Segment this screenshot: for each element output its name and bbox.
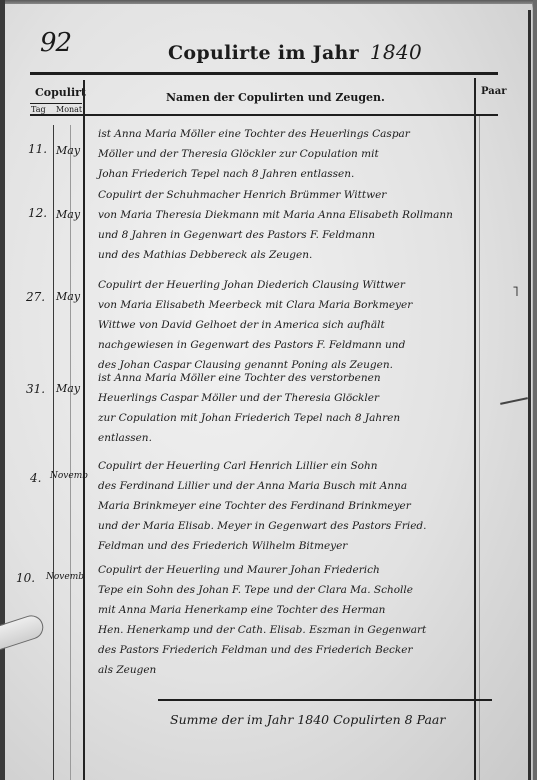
header-sub-rule [30,103,82,104]
header-top-rule [30,72,498,75]
title-text: Copulirte im Jahr [168,42,359,64]
entry-day: 11. [28,142,47,156]
entry-text: Copulirt der Heuerling Carl Henrich Lill… [98,456,468,556]
entry-day: 12. [28,206,47,220]
entry-text: Copulirt der Schuhmacher Henrich Brümmer… [98,185,468,265]
column-divider-tag-monat [53,125,54,780]
page-number: 92 [40,28,71,58]
summary-line: Summe der im Jahr 1840 Copulirten 8 Paar [170,712,445,727]
page-right-edge [533,0,537,780]
entry-month: May [56,208,80,221]
entry-text: Copulirt der Heuerling Johan Diederich C… [98,275,468,375]
header-bottom-rule [30,114,498,116]
entry-day: 31. [26,382,45,396]
entry-text: Copulirt der Heuerling und Maurer Johan … [98,560,468,680]
entry-month: Novemb [50,471,88,481]
title-year: 1840 [370,40,422,64]
entry-month: May [56,144,80,157]
column-divider-paar-inner [479,116,480,780]
entry-day: 27. [26,290,45,304]
page-right-border [528,10,531,780]
header-monat: Monat [56,105,82,114]
column-divider-paar [474,78,476,780]
entry-month: May [56,290,80,303]
entry-day: 4. [30,471,41,485]
column-divider-date [83,80,85,780]
entry-month: May [56,382,80,395]
header-paar: Paar [481,86,506,97]
entry-text: ist Anna Maria Möller eine Tochter des H… [98,124,468,184]
margin-mark: ˥ [512,284,519,300]
entry-day: 10. [16,571,35,585]
page-title: Copulirte im Jahr 1840 [168,40,422,64]
header-names: Namen der Copulirten und Zeugen. [166,91,385,104]
entry-text: ist Anna Maria Möller eine Tochter des v… [98,368,468,448]
header-tag: Tag [31,105,46,114]
column-divider-faint [70,125,71,780]
entry-month: Novemb [46,572,84,582]
summary-rule [158,699,492,701]
page-left-edge [0,0,5,780]
header-copulirt: Copulirt [35,86,86,99]
